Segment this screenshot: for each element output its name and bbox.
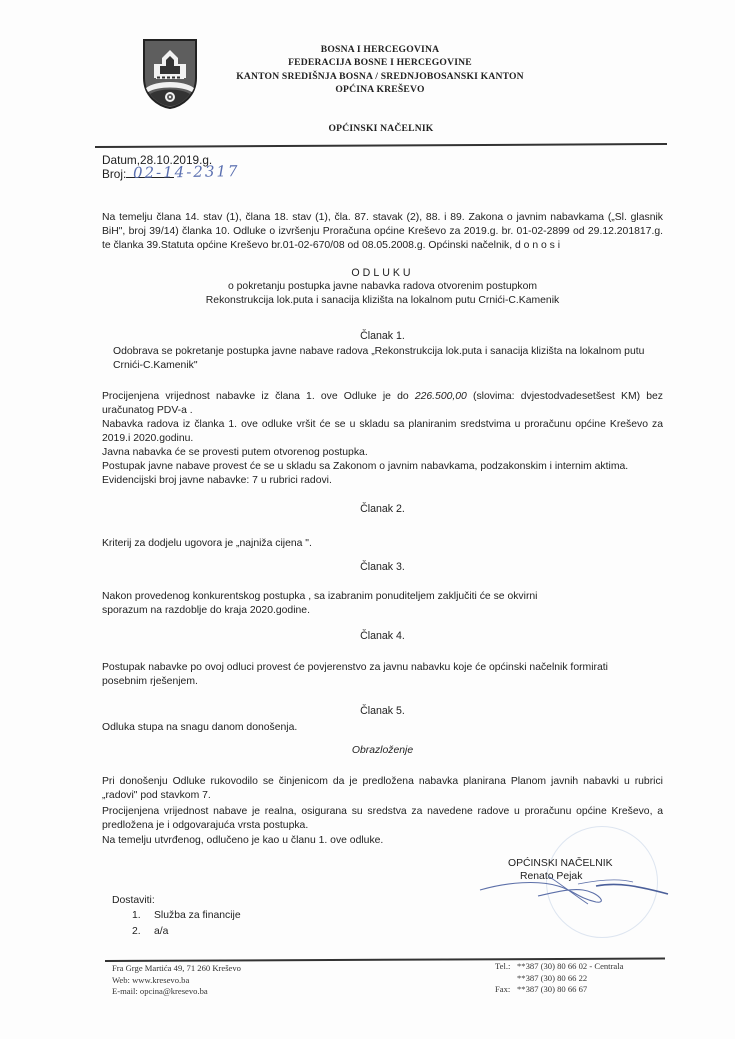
handwritten-number: 02-14-2317 <box>133 162 240 182</box>
distribution-item: 2.a/a <box>132 924 241 940</box>
explanation-paragraph-2: Procijenjena vrijednost nabave je realna… <box>102 805 663 833</box>
funding-paragraph: Nabavka radova iz članka 1. ove odluke v… <box>102 418 663 446</box>
estimated-value-amount: 226.500,00 <box>415 391 467 402</box>
footer-tel-1: Tel.:**387 (30) 80 66 02 - Centrala <box>495 961 623 973</box>
footer-contact-left: Fra Grge Martića 49, 71 260 Kreševo Web:… <box>112 963 241 998</box>
letterhead-office: OPĆINSKI NAČELNIK <box>200 123 562 134</box>
footer-contact-right: Tel.:**387 (30) 80 66 02 - Centrala **38… <box>495 961 623 996</box>
article-3-heading: Članak 3. <box>102 561 663 573</box>
article-1-text: Odobrava se pokretanje postupka javne na… <box>113 345 663 373</box>
distribution-label: Dostaviti: <box>112 895 155 906</box>
letterhead-canton: KANTON SREDIŠNJA BOSNA / SREDNJOBOSANSKI… <box>200 70 560 83</box>
footer-web: Web: www.kresevo.ba <box>112 975 241 987</box>
decision-subtitle-2: Rekonstrukcija lok.puta i sanacija klizi… <box>102 295 663 306</box>
article-2-heading: Članak 2. <box>102 503 663 515</box>
distribution-list: 1.Služba za financije 2.a/a <box>132 908 241 939</box>
decision-title: ODLUKU <box>102 267 663 279</box>
letterhead: BOSNA I HERCEGOVINA FEDERACIJA BOSNE I H… <box>200 43 560 97</box>
letterhead-country: BOSNA I HERCEGOVINA <box>200 43 560 56</box>
article-1-heading: Članak 1. <box>102 330 663 342</box>
document-page: BOSNA I HERCEGOVINA FEDERACIJA BOSNE I H… <box>0 0 735 1039</box>
footer-email: E-mail: opcina@kresevo.ba <box>112 986 241 998</box>
procedure-type: Javna nabavka će se provesti putem otvor… <box>102 446 663 460</box>
article-4-text: Postupak nabavke po ovoj odluci provest … <box>102 661 632 689</box>
procedure-law: Postupak javne nabave provest će se u sk… <box>102 460 663 474</box>
signatory-title: OPĆINSKI NAČELNIK <box>508 857 613 870</box>
article-5-heading: Članak 5. <box>102 705 663 717</box>
footer-fax: Fax:**387 (30) 80 66 67 <box>495 984 623 996</box>
letterhead-federation: FEDERACIJA BOSNE I HERCEGOVINE <box>200 56 560 69</box>
registry-number: Evidencijski broj javne nabavke: 7 u rub… <box>102 474 663 488</box>
handwritten-signature-icon <box>478 872 678 912</box>
preamble: Na temelju člana 14. stav (1), člana 18.… <box>102 211 663 254</box>
explanation-paragraph-1: Pri donošenju Odluke rukovodilo se činje… <box>102 775 663 803</box>
decision-subtitle-1: o pokretanju postupka javne nabavka rado… <box>102 281 663 292</box>
article-4-heading: Članak 4. <box>102 630 663 642</box>
municipal-coat-of-arms-icon <box>142 38 198 110</box>
footer-address: Fra Grge Martića 49, 71 260 Kreševo <box>112 963 241 975</box>
article-2-text: Kriterij za dodjelu ugovora je „najniža … <box>102 537 663 551</box>
article-3-text: Nakon provedenog konkurentskog postupka … <box>102 590 582 618</box>
header-divider <box>95 143 667 148</box>
footer-tel-2: **387 (30) 80 66 22 <box>495 973 623 985</box>
estimated-value-paragraph: Procijenjena vrijednost nabavke iz člana… <box>102 390 663 418</box>
article-5-text: Odluka stupa na snagu danom donošenja. <box>102 721 663 735</box>
explanation-heading: Obrazloženje <box>102 745 663 756</box>
letterhead-municipality: OPĆINA KREŠEVO <box>200 83 560 96</box>
distribution-item: 1.Služba za financije <box>132 908 241 924</box>
